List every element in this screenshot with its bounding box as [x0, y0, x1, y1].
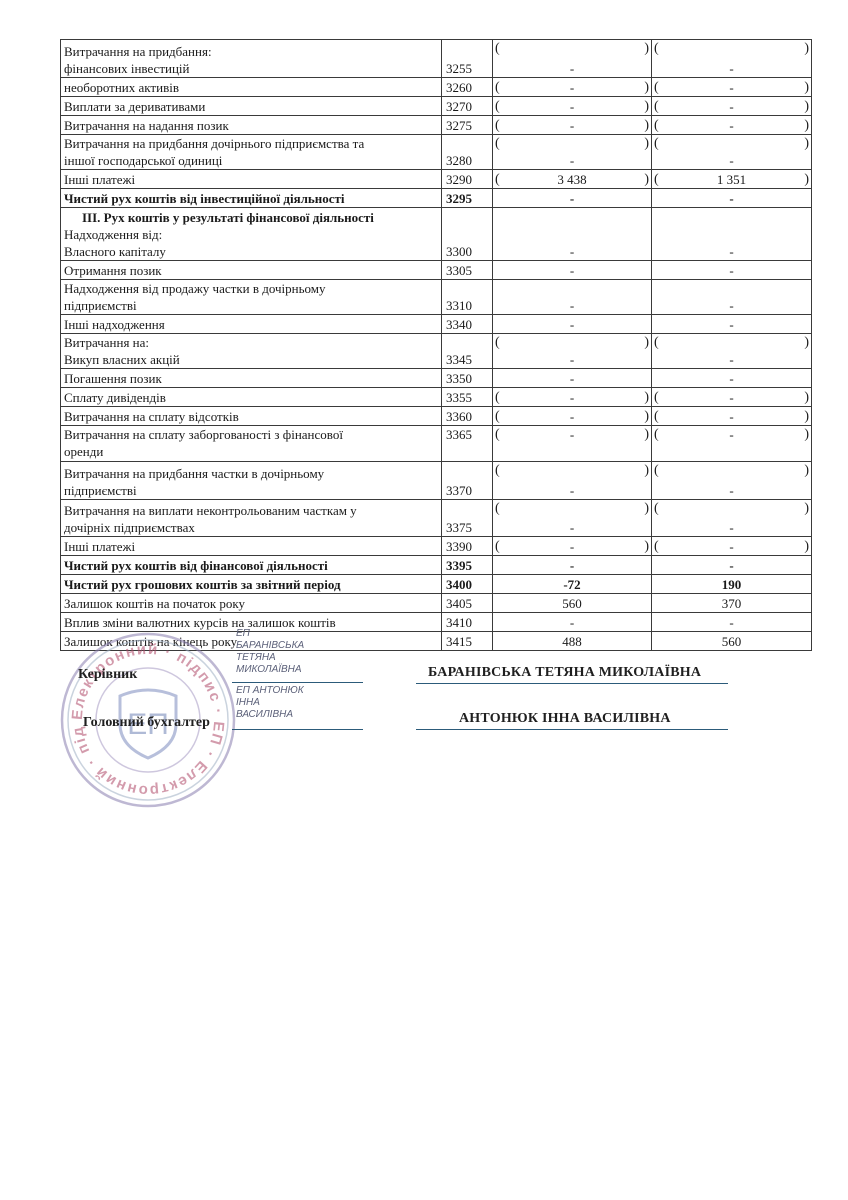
accountant-name: АНТОНЮК ІННА ВАСИЛІВНА — [459, 711, 671, 727]
value-current-period: - — [493, 556, 652, 575]
row-label: Погашення позик — [61, 369, 442, 388]
row-code: 3410 — [442, 613, 493, 632]
table-row: Витрачання на виплати неконтрольованим ч… — [61, 500, 812, 537]
value-previous-period: - — [652, 369, 812, 388]
value-previous-period: -() — [652, 40, 812, 78]
value-previous-period: 190 — [652, 575, 812, 594]
row-code: 3365 — [442, 426, 493, 462]
value-current-period: 488 — [493, 632, 652, 651]
accountant-esig-text: ЕП АНТОНЮК ІННА ВАСИЛІВНА — [236, 685, 304, 721]
value-current-period: - — [493, 261, 652, 280]
row-code: 3260 — [442, 78, 493, 97]
table-row: Виплати за деривативами3270-()-() — [61, 97, 812, 116]
row-code: 3310 — [442, 280, 493, 315]
row-code: 3290 — [442, 170, 493, 189]
accountant-name-underline — [416, 729, 728, 730]
table-row: Чистий рух коштів від фінансової діяльно… — [61, 556, 812, 575]
row-label: Сплату дивідендів — [61, 388, 442, 407]
value-previous-period: -() — [652, 500, 812, 537]
row-label: Надходження від продажу частки в дочірнь… — [61, 280, 442, 315]
table-row: Сплату дивідендів3355-()-() — [61, 388, 812, 407]
row-label: Витрачання на сплату відсотків — [61, 407, 442, 426]
row-label: Чистий рух коштів від фінансової діяльно… — [61, 556, 442, 575]
section-title: III. Рух коштів у результаті фінансової … — [64, 209, 438, 226]
row-label: необоротних активів — [61, 78, 442, 97]
row-label: Залишок коштів на початок року — [61, 594, 442, 613]
value-previous-period: - — [652, 315, 812, 334]
value-previous-period: -() — [652, 78, 812, 97]
value-current-period: -() — [493, 97, 652, 116]
director-role-label: Керівник — [78, 667, 137, 683]
table-row: Витрачання на сплату відсотків3360-()-() — [61, 407, 812, 426]
row-label: Витрачання на сплату заборгованості з фі… — [61, 426, 442, 462]
row-code: 3345 — [442, 334, 493, 369]
value-current-period: -() — [493, 537, 652, 556]
table-row: Інші платежі3390-()-() — [61, 537, 812, 556]
row-label: Витрачання на:Викуп власних акцій — [61, 334, 442, 369]
row-code: 3375 — [442, 500, 493, 537]
value-current-period: -() — [493, 116, 652, 135]
row-label: Отримання позик — [61, 261, 442, 280]
value-current-period: - — [493, 369, 652, 388]
row-code: 3270 — [442, 97, 493, 116]
value-current-period: - — [493, 208, 652, 261]
value-previous-period: -() — [652, 135, 812, 170]
director-esig-text: ЕП БАРАНІВСЬКА ТЕТЯНА МИКОЛАЇВНА — [236, 628, 304, 676]
row-label: Витрачання на придбання:фінансових інвес… — [61, 40, 442, 78]
value-previous-period: -() — [652, 388, 812, 407]
row-code: 3415 — [442, 632, 493, 651]
table-row: Чистий рух грошових коштів за звітний пе… — [61, 575, 812, 594]
row-label: Виплати за деривативами — [61, 97, 442, 116]
table-row: Надходження від продажу частки в дочірнь… — [61, 280, 812, 315]
value-previous-period: -() — [652, 407, 812, 426]
value-previous-period: -() — [652, 334, 812, 369]
table-row: Чистий рух коштів від інвестиційної діял… — [61, 189, 812, 208]
value-previous-period: -() — [652, 116, 812, 135]
value-previous-period: - — [652, 613, 812, 632]
table-row: Інші платежі32903 438()1 351() — [61, 170, 812, 189]
value-previous-period: - — [652, 556, 812, 575]
table-row: Отримання позик3305-- — [61, 261, 812, 280]
row-code: 3300 — [442, 208, 493, 261]
value-current-period: -72 — [493, 575, 652, 594]
row-code: 3405 — [442, 594, 493, 613]
row-code: 3360 — [442, 407, 493, 426]
row-code: 3340 — [442, 315, 493, 334]
value-current-period: - — [493, 189, 652, 208]
value-current-period: -() — [493, 388, 652, 407]
row-code: 3350 — [442, 369, 493, 388]
row-code: 3255 — [442, 40, 493, 78]
row-code: 3390 — [442, 537, 493, 556]
value-current-period: -() — [493, 334, 652, 369]
value-previous-period: 1 351() — [652, 170, 812, 189]
director-name-underline — [416, 683, 728, 684]
row-label: Інші платежі — [61, 537, 442, 556]
row-label: Інші платежі — [61, 170, 442, 189]
table-row: III. Рух коштів у результаті фінансової … — [61, 208, 812, 261]
row-code: 3295 — [442, 189, 493, 208]
value-previous-period: -() — [652, 426, 812, 462]
value-previous-period: - — [652, 280, 812, 315]
table-row: Витрачання на сплату заборгованості з фі… — [61, 426, 812, 462]
value-current-period: - — [493, 280, 652, 315]
value-previous-period: 370 — [652, 594, 812, 613]
row-label: Чистий рух грошових коштів за звітний пе… — [61, 575, 442, 594]
row-label: Інші надходження — [61, 315, 442, 334]
row-label: III. Рух коштів у результаті фінансової … — [61, 208, 442, 261]
director-name: БАРАНІВСЬКА ТЕТЯНА МИКОЛАЇВНА — [428, 665, 701, 681]
table-row: Залишок коштів на початок року3405560370 — [61, 594, 812, 613]
table-row: Вплив зміни валютних курсів на залишок к… — [61, 613, 812, 632]
value-current-period: - — [493, 315, 652, 334]
value-previous-period: - — [652, 189, 812, 208]
row-code: 3370 — [442, 462, 493, 500]
table-row: Витрачання на придбання:фінансових інвес… — [61, 40, 812, 78]
row-label: Витрачання на надання позик — [61, 116, 442, 135]
value-current-period: -() — [493, 500, 652, 537]
value-current-period: -() — [493, 407, 652, 426]
value-previous-period: - — [652, 261, 812, 280]
value-previous-period: 560 — [652, 632, 812, 651]
value-previous-period: -() — [652, 97, 812, 116]
row-code: 3305 — [442, 261, 493, 280]
row-code: 3355 — [442, 388, 493, 407]
value-current-period: 560 — [493, 594, 652, 613]
row-code: 3400 — [442, 575, 493, 594]
value-current-period: -() — [493, 40, 652, 78]
row-code: 3280 — [442, 135, 493, 170]
table-row: Погашення позик3350-- — [61, 369, 812, 388]
table-row: Витрачання на:Викуп власних акцій3345-()… — [61, 334, 812, 369]
value-previous-period: -() — [652, 537, 812, 556]
value-current-period: -() — [493, 78, 652, 97]
director-signature-line — [232, 682, 363, 683]
row-label: Чистий рух коштів від інвестиційної діял… — [61, 189, 442, 208]
table-row: Інші надходження3340-- — [61, 315, 812, 334]
table-row: необоротних активів3260-()-() — [61, 78, 812, 97]
value-current-period: -() — [493, 135, 652, 170]
row-label: Витрачання на придбання дочірнього підпр… — [61, 135, 442, 170]
row-code: 3275 — [442, 116, 493, 135]
value-current-period: -() — [493, 462, 652, 500]
value-current-period: 3 438() — [493, 170, 652, 189]
value-previous-period: - — [652, 208, 812, 261]
row-label: Витрачання на виплати неконтрольованим ч… — [61, 500, 442, 537]
value-current-period: - — [493, 613, 652, 632]
value-current-period: -() — [493, 426, 652, 462]
table-row: Витрачання на надання позик3275-()-() — [61, 116, 812, 135]
row-code: 3395 — [442, 556, 493, 575]
table-row: Витрачання на придбання частки в дочірнь… — [61, 462, 812, 500]
table-row: Витрачання на придбання дочірнього підпр… — [61, 135, 812, 170]
row-label: Витрачання на придбання частки в дочірнь… — [61, 462, 442, 500]
value-previous-period: -() — [652, 462, 812, 500]
accountant-signature-line — [232, 729, 363, 730]
accountant-role-label: Головний бухгалтер — [83, 715, 210, 731]
cash-flow-table: Витрачання на придбання:фінансових інвес… — [60, 39, 812, 651]
